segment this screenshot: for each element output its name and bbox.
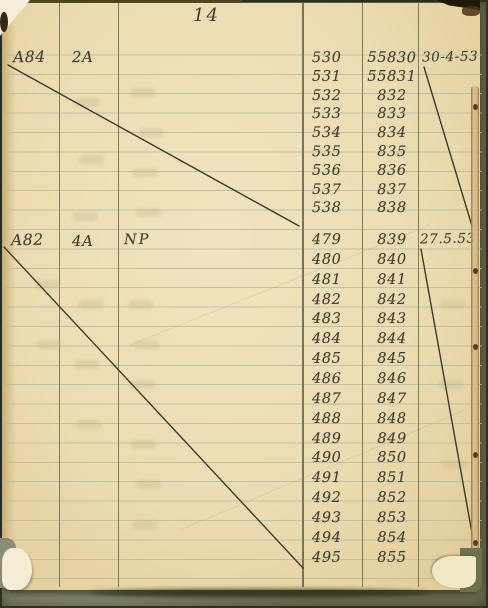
entry-code: 4A xyxy=(72,232,94,250)
staple-dot xyxy=(473,104,478,110)
number-cell: 855 xyxy=(360,550,424,566)
staple-dot xyxy=(473,452,478,458)
serial-cell: 482 xyxy=(312,291,342,307)
serial-cell: 485 xyxy=(312,351,341,367)
number-cell: 843 xyxy=(360,311,424,327)
serial-cell: 533 xyxy=(312,106,342,122)
number-cell: 842 xyxy=(360,291,424,307)
entry-reference: A84 xyxy=(13,48,46,67)
number-cell: 834 xyxy=(360,125,424,141)
staple-dot xyxy=(473,540,478,546)
serial-cell: 486 xyxy=(312,371,342,387)
number-cell: 854 xyxy=(360,529,424,546)
serial-cell: 484 xyxy=(312,331,342,347)
serial-cell: 490 xyxy=(312,450,341,466)
serial-cell: 493 xyxy=(312,510,342,526)
number-cell: 833 xyxy=(360,106,424,122)
number-cell: 840 xyxy=(360,252,424,268)
serial-cell: 531 xyxy=(312,69,341,85)
staple-dot xyxy=(473,268,478,274)
number-cell: 55831 xyxy=(360,69,424,85)
number-cell: 849 xyxy=(360,430,424,447)
column-rule-3 xyxy=(302,3,304,587)
number-cell: 835 xyxy=(360,144,424,161)
serial-cell: 538 xyxy=(312,200,342,216)
bottom-page-shadow xyxy=(90,589,430,597)
number-cell: 839 xyxy=(360,232,424,249)
number-cell: 847 xyxy=(360,391,424,407)
serial-cell: 494 xyxy=(312,530,342,546)
serial-cell: 532 xyxy=(312,87,342,103)
serial-cell: 487 xyxy=(312,391,342,407)
serial-cell: 489 xyxy=(312,430,342,446)
serial-cell: 537 xyxy=(312,181,342,197)
page-number: 14 xyxy=(193,5,220,26)
serial-cell: 491 xyxy=(312,470,342,486)
serial-cell: 488 xyxy=(312,411,342,427)
number-cell: 55830 xyxy=(360,50,424,67)
number-cell: 841 xyxy=(360,271,424,288)
number-cell: 838 xyxy=(360,200,424,216)
number-cell: 852 xyxy=(360,490,424,506)
column-rule-1 xyxy=(59,3,60,587)
staple-dot xyxy=(473,344,478,350)
entry-note: NP xyxy=(124,232,151,248)
serial-cell: 495 xyxy=(312,550,341,566)
number-cell: 851 xyxy=(360,470,424,487)
serial-cell: 536 xyxy=(312,163,341,179)
entry-code: 2A xyxy=(72,48,94,66)
serial-cell: 481 xyxy=(312,272,342,288)
serial-cell: 492 xyxy=(312,490,342,506)
number-cell: 846 xyxy=(360,371,424,388)
serial-cell: 479 xyxy=(312,232,342,248)
number-cell: 836 xyxy=(360,163,424,179)
number-cell: 853 xyxy=(360,510,424,526)
number-cell: 848 xyxy=(360,410,424,426)
binding-tape xyxy=(471,86,479,566)
scanned-ledger-page: 14 A842A30-4-535305583053155831532832533… xyxy=(0,0,488,608)
entry-reference: A82 xyxy=(11,231,44,250)
serial-cell: 480 xyxy=(312,252,341,268)
serial-cell: 534 xyxy=(312,125,342,141)
number-cell: 832 xyxy=(360,87,424,104)
column-rule-2 xyxy=(118,3,119,587)
serial-cell: 535 xyxy=(312,144,342,160)
number-cell: 837 xyxy=(360,181,424,198)
entry-date: 30-4-53 xyxy=(422,49,479,66)
number-cell: 850 xyxy=(360,450,424,466)
number-cell: 844 xyxy=(360,331,424,348)
serial-cell: 483 xyxy=(312,311,342,327)
serial-cell: 530 xyxy=(312,50,342,66)
entry-date: 27.5.53 xyxy=(420,231,476,248)
number-cell: 845 xyxy=(360,351,424,367)
